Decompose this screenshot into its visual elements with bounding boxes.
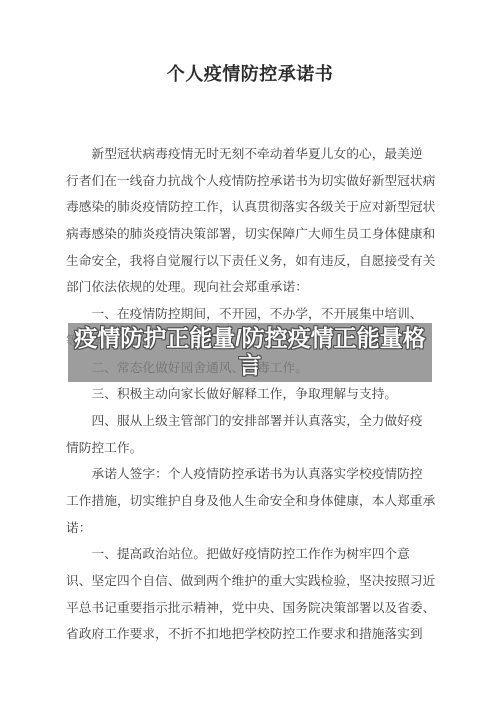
document-line: 生命安全，我将自觉履行以下责任义务，如有违反，自愿接受有关 <box>66 248 438 275</box>
document-line: 三、积极主动向家长做好解释工作，争取理解与支持。 <box>66 381 438 408</box>
document-line: 新型冠状病毒疫情无时无刻不牵动着华夏儿女的心，最美逆 <box>66 141 438 168</box>
document-line: 行者们在一线奋力抗战个人疫情防控承诺书为切实做好新型冠状病 <box>66 168 438 195</box>
document-line: 一、提高政治站位。把做好疫情防控工作作为树牢四个意 <box>66 541 438 568</box>
document-line: 平总书记重要指示批示精神，党中央、国务院决策部署以及省委、 <box>66 595 438 622</box>
document-line: 四、服从上级主管部门的安排部署并认真落实，全力做好疫 <box>66 408 438 435</box>
document-line: 识、坚定四个自信、做到两个维护的重大实践检验，坚决按照习近 <box>66 568 438 595</box>
document-line: 病毒感染的肺炎疫情决策部署，切实保障广大师生员工身体健康和 <box>66 221 438 248</box>
document-line: 省政府工作要求，不折不扣地把学校防控工作要求和措施落实到 <box>66 621 438 648</box>
document-title: 个人疫情防控承诺书 <box>0 60 500 86</box>
document-page: 个人疫情防控承诺书 新型冠状病毒疫情无时无刻不牵动着华夏儿女的心，最美逆 行者们… <box>0 0 500 706</box>
document-body: 新型冠状病毒疫情无时无刻不牵动着华夏儿女的心，最美逆 行者们在一线奋力抗战个人疫… <box>66 141 438 648</box>
document-line: 毒感染的肺炎疫情防控工作，认真贯彻落实各级关于应对新型冠状 <box>66 194 438 221</box>
document-line: 诺： <box>66 515 438 542</box>
overlay-title-banner: 疫情防护正能量/防控疫情正能量格言 <box>68 323 432 382</box>
document-line: 情防控工作。 <box>66 435 438 462</box>
document-line: 工作措施，切实维护自身及他人生命安全和身体健康，本人郑重承 <box>66 488 438 515</box>
document-line: 承诺人签字：个人疫情防控承诺书为认真落实学校疫情防控 <box>66 461 438 488</box>
document-line: 部门依法依规的处理。现向社会郑重承诺： <box>66 274 438 301</box>
